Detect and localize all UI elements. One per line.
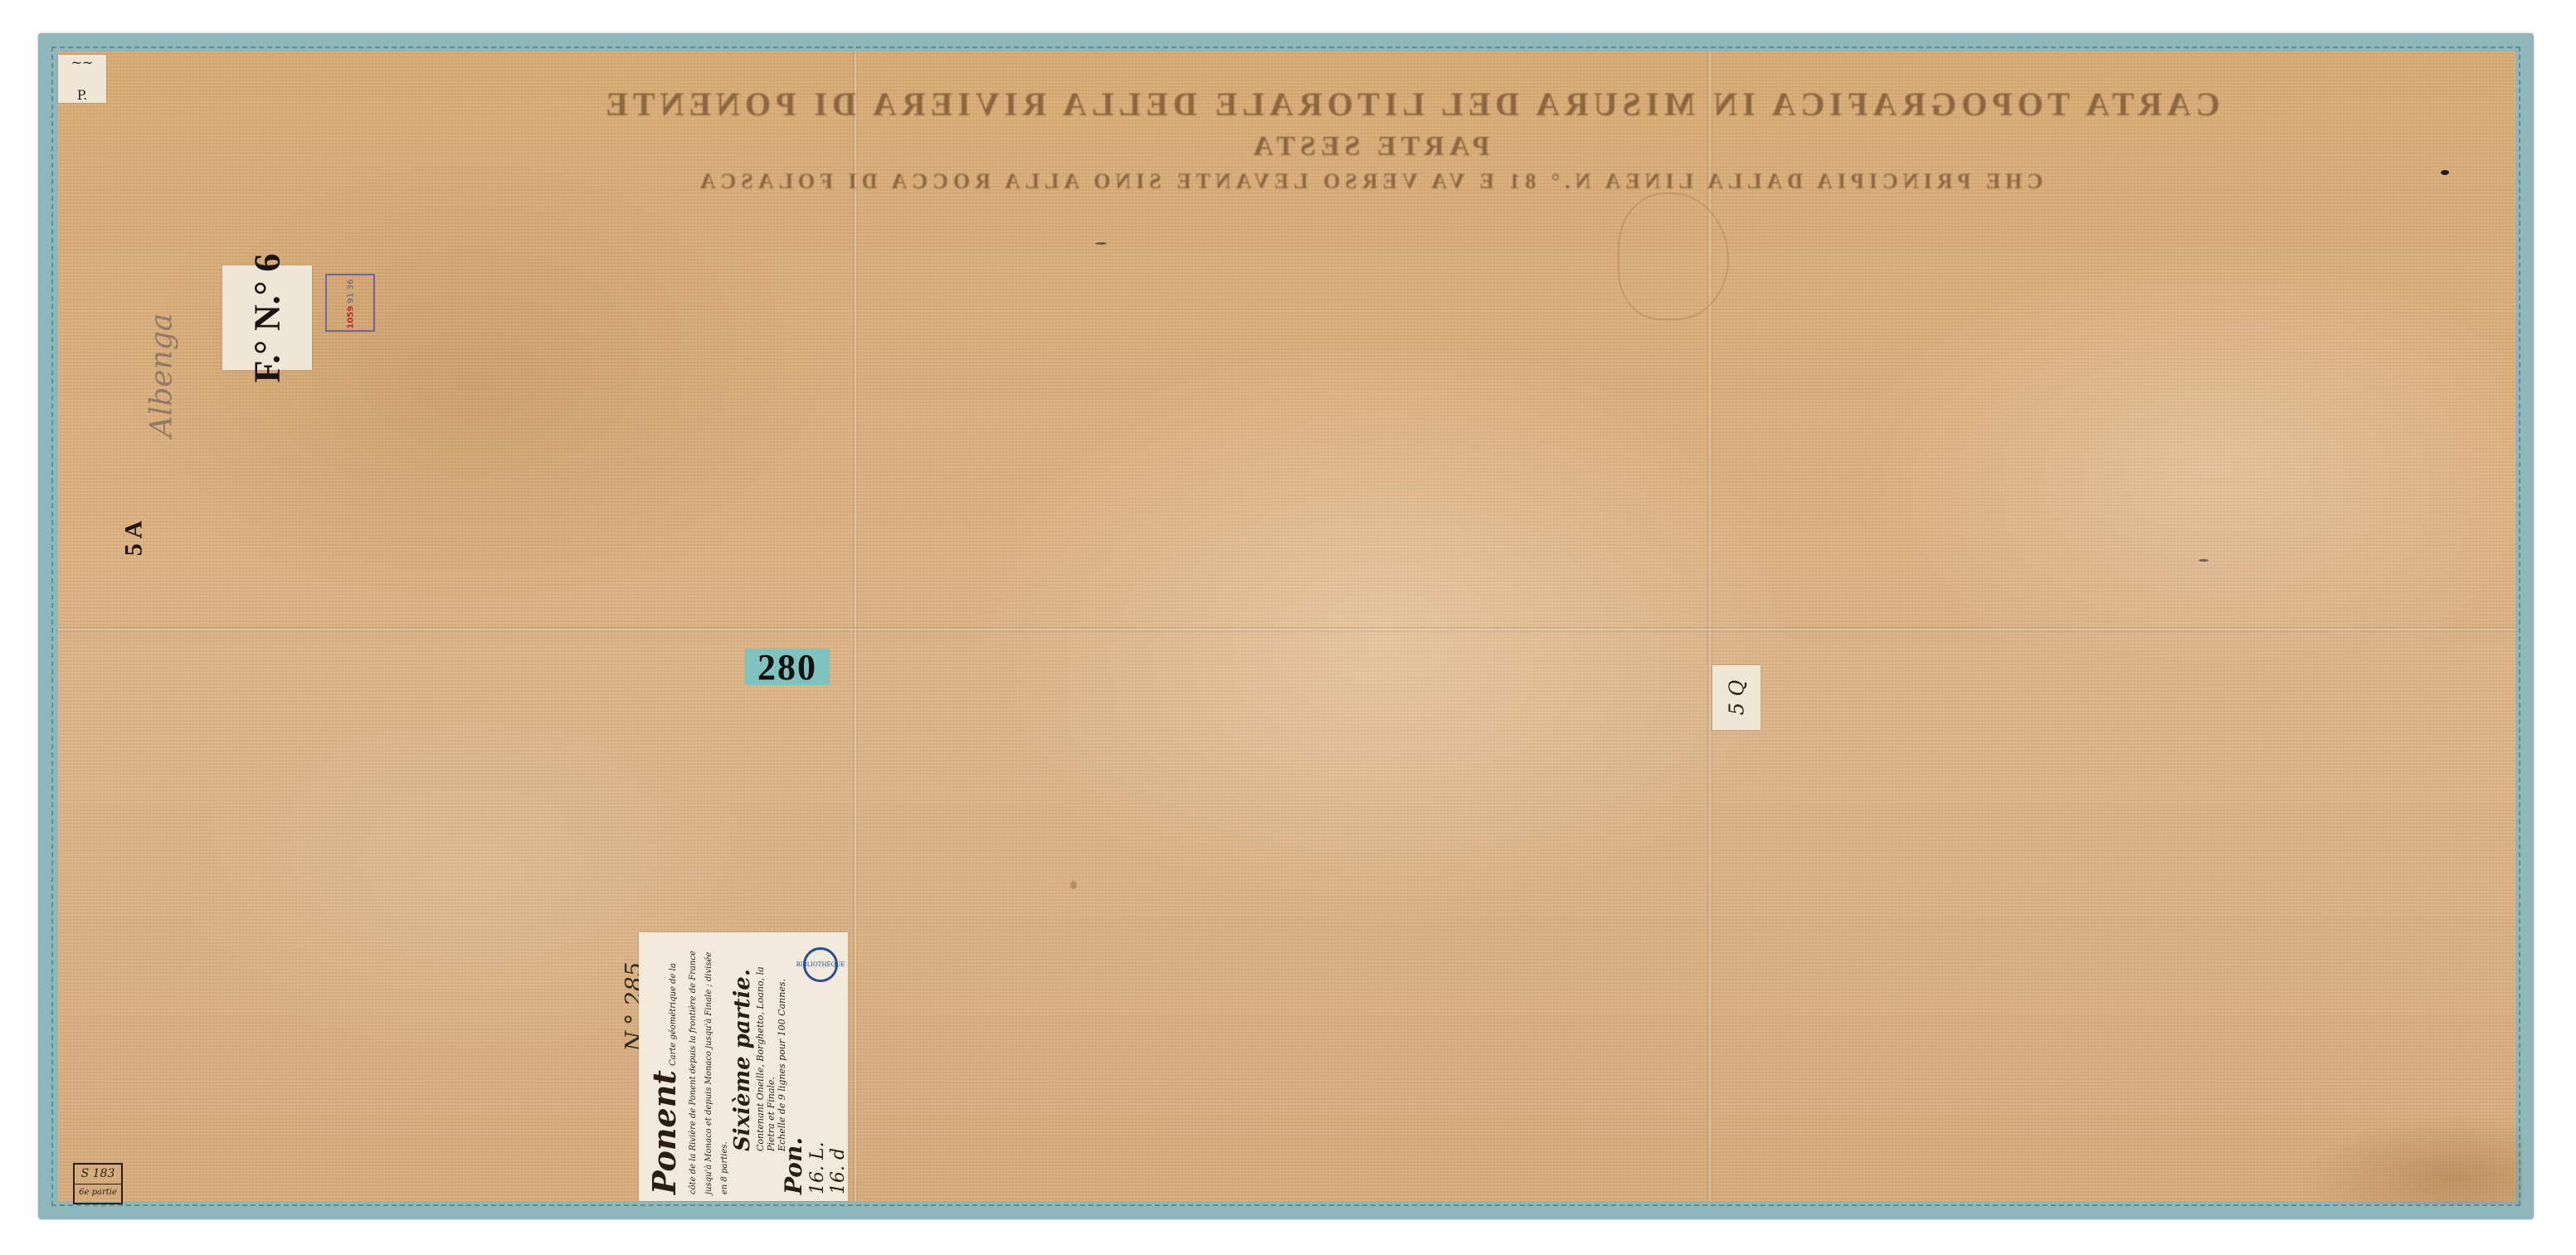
ink-mark <box>2199 559 2208 562</box>
box-stamp: S 183 6e partie <box>73 1163 123 1204</box>
folio-label-text: F.° N.° 6 <box>246 253 289 382</box>
stamp-line-a: 91 <box>347 293 356 304</box>
catalogue-label: Ponent Carte géométrique de la côte de l… <box>639 932 848 1201</box>
corner-tag: ~~ P. <box>58 55 106 103</box>
stamp-red-number: 1059 <box>347 306 356 329</box>
water-stain-corner <box>2298 1113 2522 1204</box>
linen-backing: CARTA TOPOGRAFICA IN MISURA DEL LITORALE… <box>58 51 2515 1201</box>
ink-spot <box>2441 170 2449 175</box>
bleed-title-line3: CHE PRINCIPIA DALLA LINEA N.° 81 E VA VE… <box>539 169 2199 194</box>
center-right-tag-text: 5 Q <box>1725 680 1748 716</box>
folio-label: F.° N.° 6 <box>222 265 312 370</box>
label-part-title: Sixième partie. <box>730 944 755 1151</box>
box-stamp-bottom: 6e partie <box>75 1184 121 1204</box>
horizontal-fold <box>58 627 2515 632</box>
center-right-tag: 5 Q <box>1712 665 1760 730</box>
bleed-title-line1: CARTA TOPOGRAFICA IN MISURA DEL LITORALE… <box>373 85 2447 124</box>
linen-weave-texture <box>58 51 2515 1201</box>
label-side-2: 16. L. <box>807 1137 828 1194</box>
label-part-note: Contenant Oneille, Borghetto, Loano, la … <box>755 944 777 1151</box>
pencil-signature: Albenga <box>144 314 178 438</box>
shelf-mark: 5 A <box>119 521 148 557</box>
library-seal-text: BIBLIOTHÈQUE <box>796 961 845 968</box>
stamp-line-b: 36 <box>347 280 356 290</box>
corner-tag-top: ~~ <box>71 55 94 71</box>
label-side-1: Pon. <box>780 1137 807 1194</box>
library-seal: BIBLIOTHÈQUE <box>803 947 838 982</box>
vertical-fold-left <box>853 51 858 1201</box>
box-stamp-top: S 183 <box>75 1165 121 1184</box>
label-side-3: 16. d <box>828 1137 848 1194</box>
foxing-spot <box>1070 881 1077 889</box>
label-heading: Ponent <box>645 1070 683 1194</box>
bleed-title-line2: PARTE SESTA <box>996 131 1742 163</box>
number-tag-280: 280 <box>745 649 830 685</box>
corner-tag-bottom: P. <box>77 87 88 103</box>
archive-stamp: 1059 91 36 <box>325 274 375 332</box>
label-part-note2: Echelle de 9 lignes pour 100 Cannes. <box>777 944 787 1151</box>
ink-mark <box>1095 242 1107 245</box>
